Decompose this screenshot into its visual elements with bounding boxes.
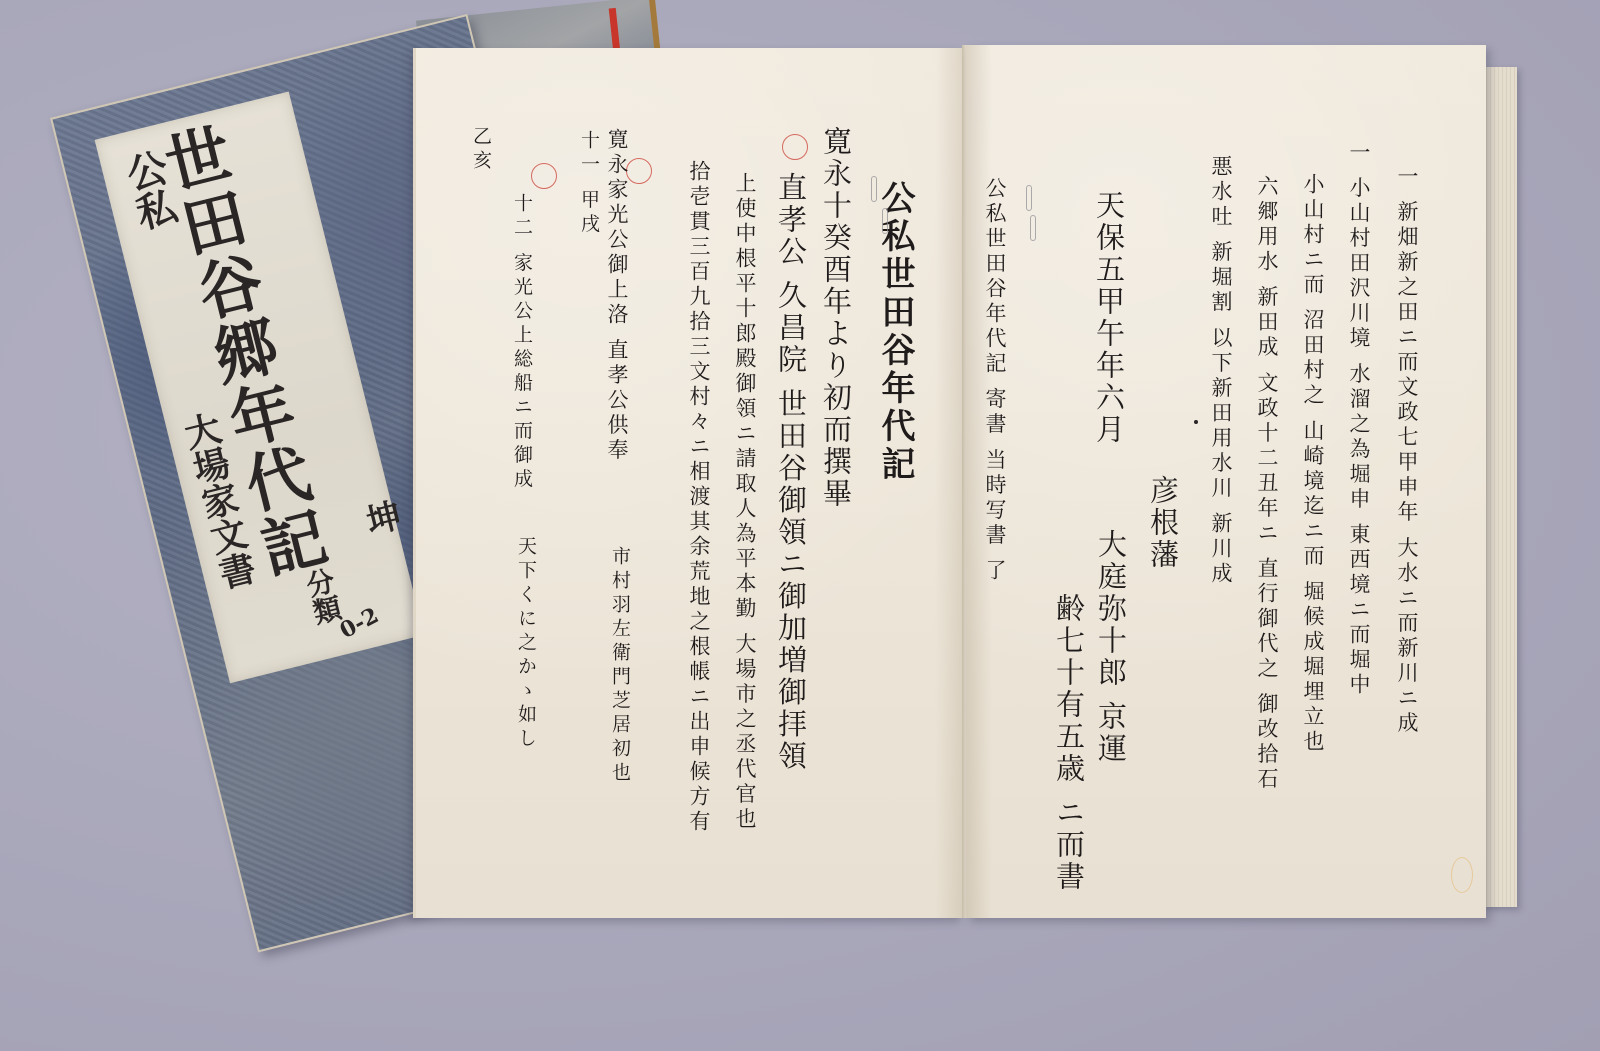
left-entry-3: 上使中根平十郎殿御領ニ請取人為平本勤 大場市之丞代官也 — [734, 172, 755, 833]
left-note-2: 天下くに之かゝ如し — [516, 536, 535, 752]
red-seal-circle — [626, 158, 652, 184]
open-book: 公私世田谷年代記 寛永十癸酉年より初而撰畢 直孝公 久昌院 世田谷御領ニ御加増御… — [413, 45, 1523, 920]
pencil-mark — [1030, 215, 1036, 241]
left-note-1: 市村羽左衛門芝居初也 — [610, 546, 629, 786]
title-slip: 公私 世田谷郷年代記 大場家文書 分類 0-2 — [95, 91, 425, 683]
right-body-5: 悪水吐 新堀割 以下新田用水川 新川成 — [1210, 155, 1231, 587]
pencil-mark — [871, 176, 877, 202]
left-entry-2: 直孝公 久昌院 世田谷御領ニ御加増御拝領 — [776, 172, 805, 772]
right-page-title: 公私世田谷年代記 寄書 当時写書 了 — [984, 177, 1005, 584]
year-11: 十一 甲戌 — [576, 130, 598, 237]
red-seal-circle — [531, 163, 557, 189]
left-page: 公私世田谷年代記 寛永十癸酉年より初而撰畢 直孝公 久昌院 世田谷御領ニ御加増御… — [413, 48, 963, 918]
page-edges — [1483, 67, 1517, 907]
colophon-date: 天保五甲午年六月 — [1094, 190, 1123, 446]
right-page: 公私世田谷年代記 寄書 当時写書 了 天保五甲午年六月 彦根藩 大庭弥十郎 京運… — [966, 45, 1486, 918]
colophon-author: 大庭弥十郎 京運 — [1096, 529, 1125, 765]
cover-classification-label: 分類 — [301, 566, 342, 627]
cover-classification-number: 0-2 — [336, 602, 383, 644]
red-seal-circle — [782, 134, 808, 160]
left-entry-1: 寛永十癸酉年より初而撰畢 — [821, 126, 850, 510]
year-kanshi: 乙亥 — [471, 126, 490, 174]
right-body-1: 一 新畑新之田ニ而文政七甲申年 大水ニ而新川ニ成 — [1396, 165, 1417, 736]
year-12: 十二 家光公上総船ニ而御成 — [512, 193, 531, 492]
right-body-3: 小山村ニ而 沼田村之 山崎境迄ニ而 堀候成堀埋立也 — [1302, 173, 1323, 755]
left-entry-4: 拾壱貫三百九拾三文村々ニ相渡其余荒地之根帳ニ出申候方有 — [688, 160, 709, 835]
right-body-2: 一 小山村田沢川境 水溜之為堀申 東西境ニ而堀中 — [1348, 141, 1369, 698]
stain-ring — [1451, 857, 1473, 893]
pencil-mark — [1026, 185, 1032, 211]
left-entry-5: 寛永家光公御上洛 直孝公供奉 — [606, 128, 627, 464]
pencil-mark — [882, 208, 888, 234]
ink-dot — [1194, 420, 1198, 424]
colophon-age: 齢七十有五歳 ニ而書 — [1054, 593, 1083, 893]
photograph-scene: 公私 世田谷郷年代記 大場家文書 分類 0-2 坤 公私世田谷年代記 寛永十癸酉… — [0, 0, 1600, 1051]
colophon-domain: 彦根藩 — [1148, 475, 1177, 571]
right-body-4: 六郷用水 新田成 文政十二丑年ニ 直行御代之 御改拾石 — [1256, 175, 1277, 793]
